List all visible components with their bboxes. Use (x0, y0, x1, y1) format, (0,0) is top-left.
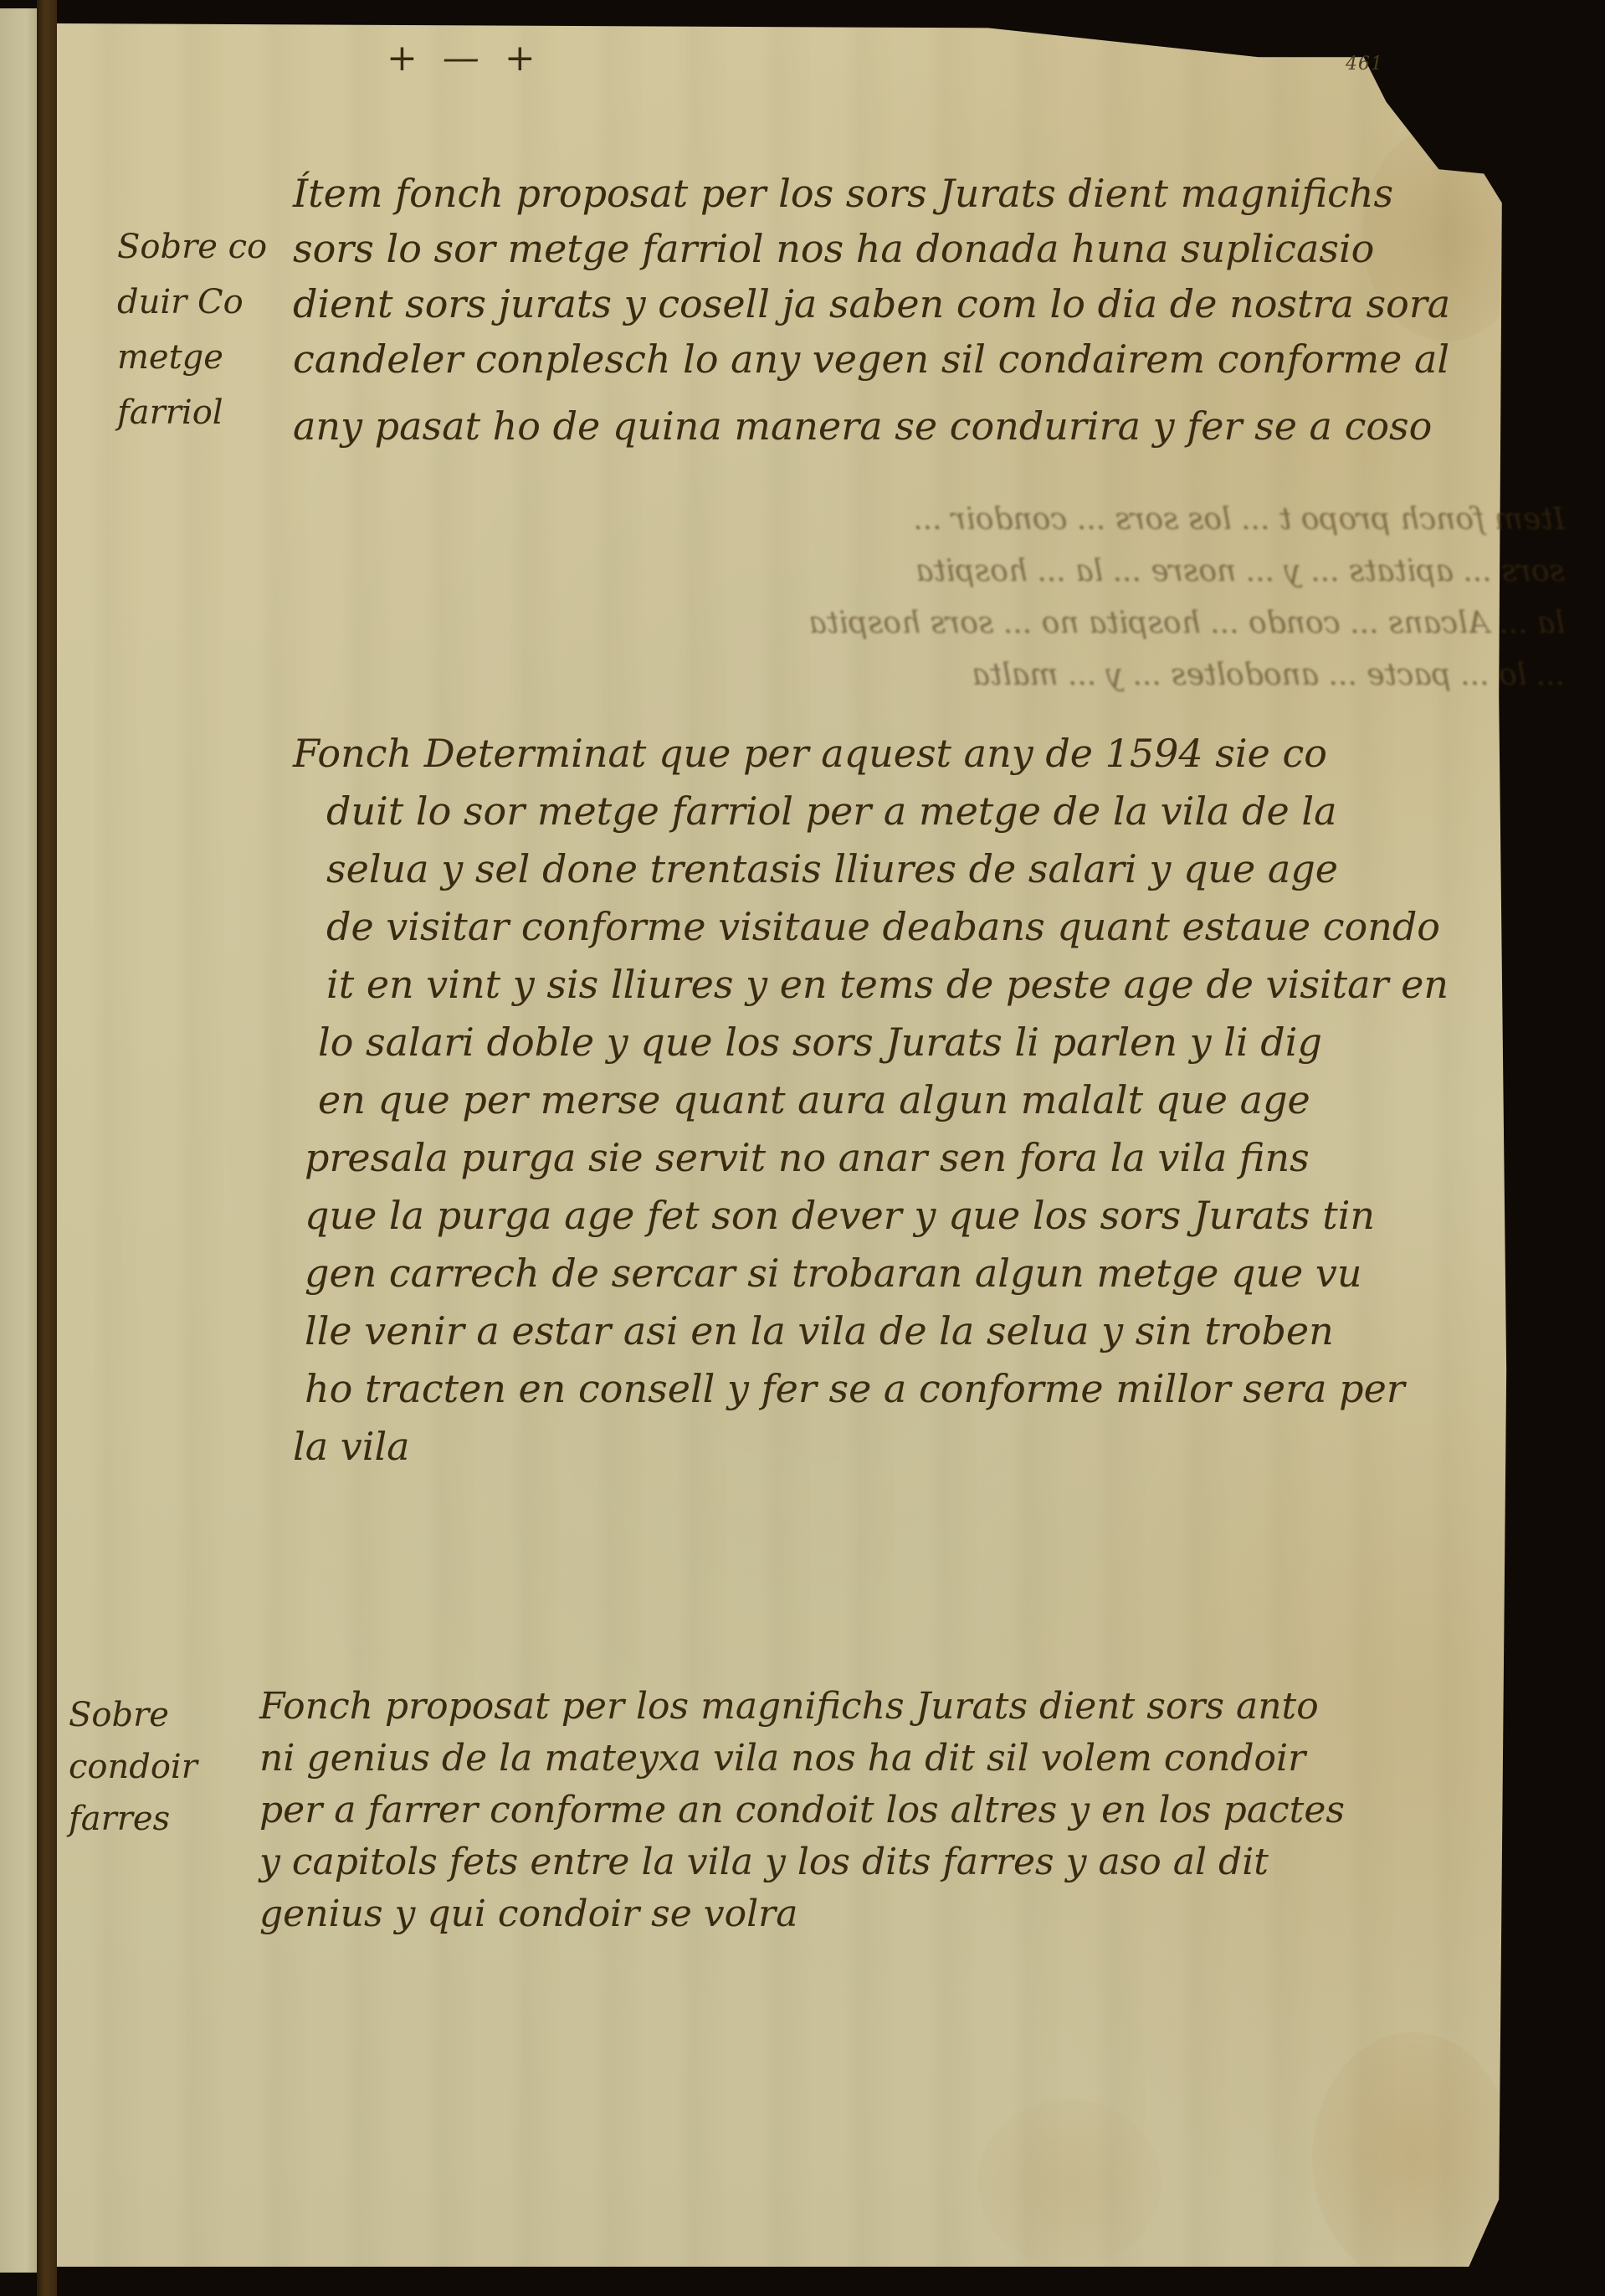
entry-proposal-metge: Ítem fonch proposat per los sors Jurats … (293, 166, 1450, 454)
book-gutter (37, 0, 57, 2296)
text-line: Ítem fonch proposat per los sors Jurats … (293, 166, 1450, 221)
folio-number: 461 (1346, 54, 1383, 74)
text-line: la vila (293, 1418, 1449, 1476)
text-line: presala purga sie servit no anar sen for… (293, 1129, 1449, 1187)
text-line: y capitols fets entre la vila y los dits… (259, 1836, 1345, 1888)
paper-stain (977, 2099, 1161, 2267)
margin-note-metge-farriol: Sobre co duir Co metge farriol (117, 219, 267, 440)
text-line: ho tracten en consell y fer se a conform… (293, 1360, 1449, 1418)
text-line: lo salari doble y que los sors Jurats li… (293, 1014, 1449, 1071)
text-line: Fonch Determinat que per aquest any de 1… (293, 725, 1449, 783)
text-line: selua y sel done trentasis lliures de sa… (293, 840, 1449, 898)
entry-determination-1594: Fonch Determinat que per aquest any de 1… (293, 725, 1449, 1476)
text-line: en que per merse quant aura algun malalt… (293, 1071, 1449, 1129)
text-line: que la purga age fet son dever y que los… (293, 1187, 1449, 1245)
text-line: it en vint y sis lliures y en tems de pe… (293, 956, 1449, 1014)
text-line: per a farrer conforme an condoit los alt… (259, 1785, 1345, 1836)
facing-page-edge (0, 8, 37, 2273)
text-line: de visitar conforme visitaue deabans qua… (293, 898, 1449, 956)
text-line: duit lo sor metge farriol per a metge de… (293, 783, 1449, 840)
text-line: candeler conplesch lo any vegen sil cond… (293, 331, 1450, 387)
text-line: sors lo sor metge farriol nos ha donada … (293, 221, 1450, 276)
text-line: gen carrech de sercar si trobaran algun … (293, 1245, 1449, 1302)
paper-stain (1312, 2032, 1513, 2283)
text-line: genius y qui condoir se volra (259, 1888, 1345, 1940)
text-line: ni genius de la mateyxa vila nos ha dit … (259, 1733, 1345, 1785)
entry-proposal-farres: Fonch proposat per los magnifichs Jurats… (259, 1681, 1345, 1940)
header-cross-mark: + — + (387, 37, 542, 80)
text-line: lle venir a estar asi en la vila de la s… (293, 1302, 1449, 1360)
text-line: Fonch proposat per los magnifichs Jurats… (259, 1681, 1345, 1733)
margin-note-condoir-farres: Sobre condoir farres (69, 1689, 197, 1845)
bleed-through-text: Item fonch propo t ... los sors ... cond… (142, 494, 1565, 701)
text-line: any pasat ho de quina manera se condurir… (293, 398, 1450, 454)
text-line: dient sors jurats y cosell ja saben com … (293, 276, 1450, 331)
